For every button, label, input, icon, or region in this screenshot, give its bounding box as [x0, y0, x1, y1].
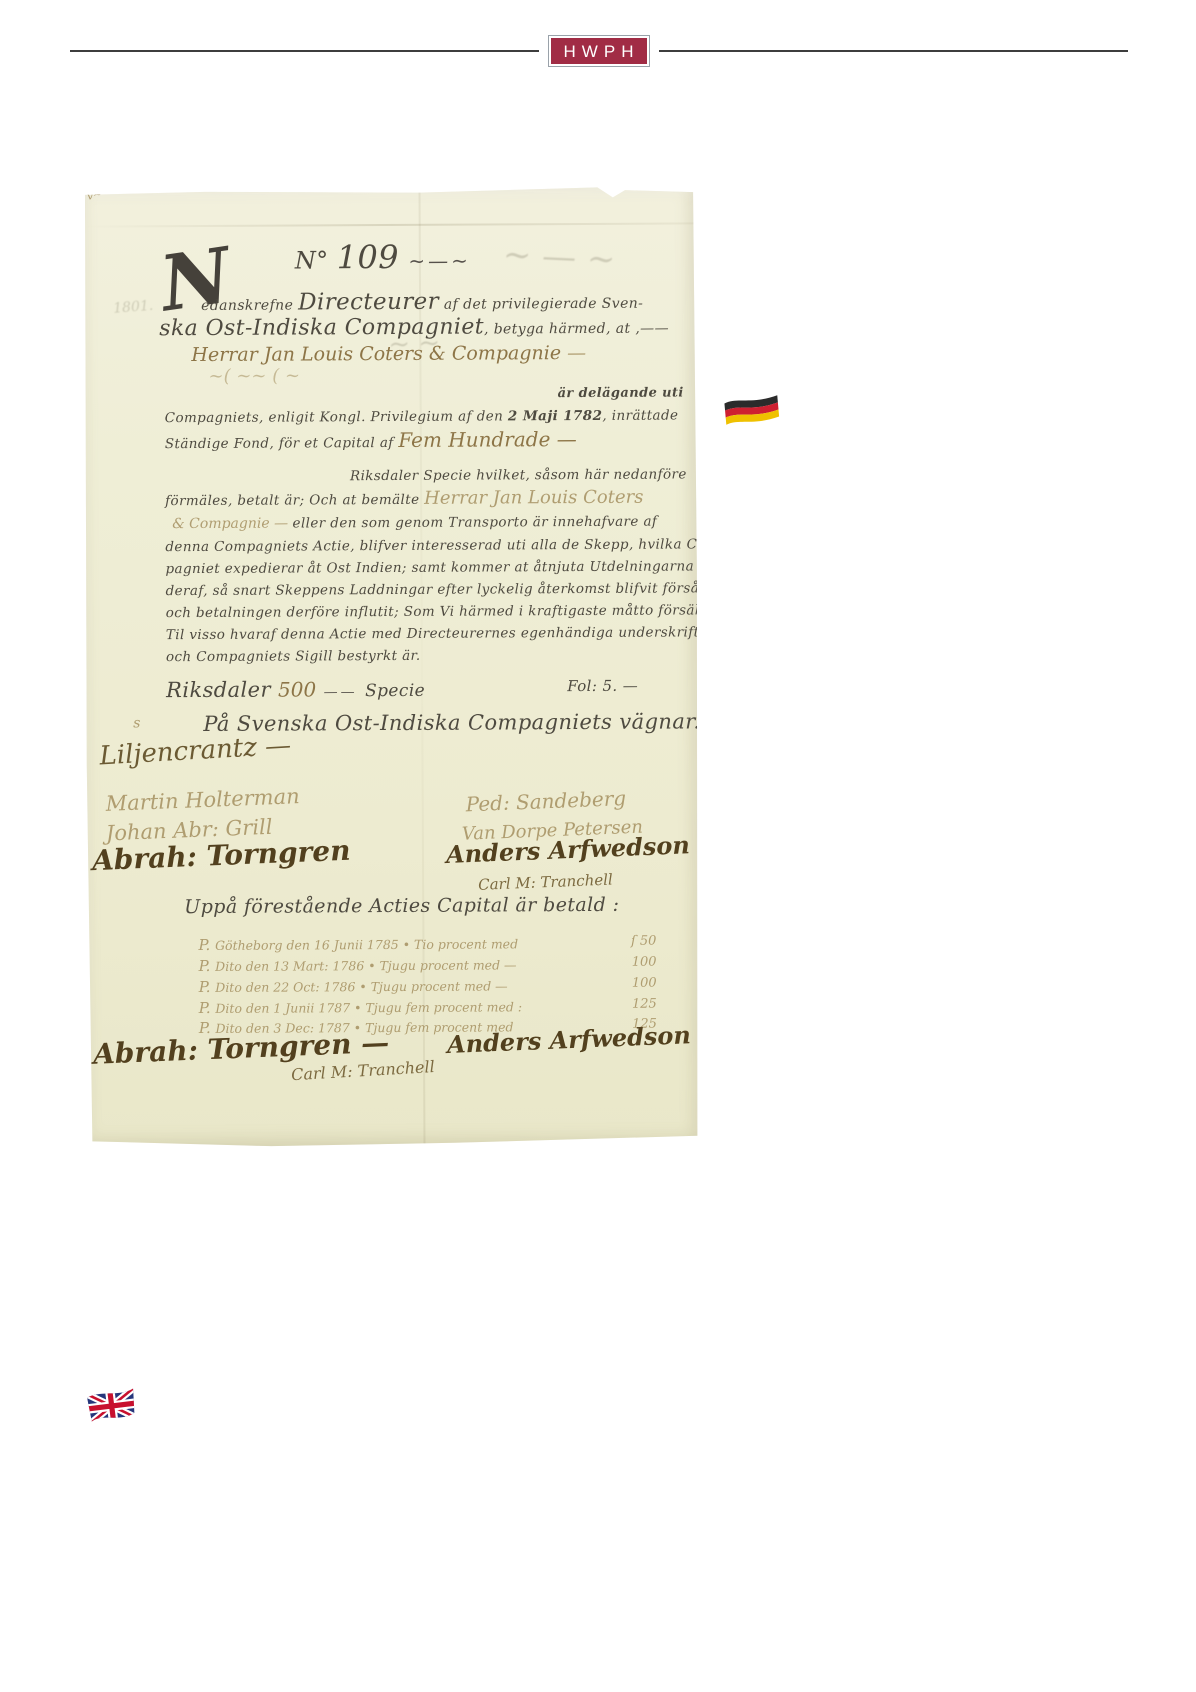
text-segment: Martin Holterman — [105, 784, 300, 816]
text-segment: 109 — [337, 238, 399, 276]
text-segment: P. — [199, 978, 216, 996]
text-segment: 1801. — [113, 298, 154, 317]
text-segment: ~( ~~ ( ~ — [208, 365, 300, 386]
text-segment: , inrättade — [602, 407, 678, 423]
text-segment: Fem Hundrade — — [398, 427, 577, 452]
uk-flag-icon — [84, 1384, 141, 1433]
page-header: HWPH — [70, 36, 1128, 66]
text-segment: ſ 50 — [631, 935, 657, 949]
sig-arfwedson-upper: Anders Arfwedson — [446, 832, 691, 868]
text-segment: 125 — [632, 998, 657, 1012]
sig-holterman: Martin Holterman — [105, 785, 300, 815]
line-compagnie-transporto: & Compagnie — eller den som genom Transp… — [172, 512, 657, 533]
text-segment: Liljencrantz — — [99, 731, 292, 772]
text-segment: P. — [198, 936, 215, 954]
payment-row-1: P. Götheborg den 16 Junii 1785 • Tio pro… — [198, 934, 656, 954]
text-segment: Ped: Sandeberg — [465, 786, 626, 816]
sig-tranchell-upper: Carl M: Tranchell — [478, 871, 613, 894]
hwph-logo: HWPH — [549, 36, 650, 66]
line-til-visso: Til visso hvaraf denna Actie med Directe… — [166, 622, 700, 642]
text-segment: Specie — [365, 681, 425, 701]
sig-liljencrantz: Liljencrantz — — [99, 732, 292, 771]
certificate-paper: v~~ — ~1801.~ ~NN° 109 ~—~edanskrefne Di… — [82, 186, 700, 1147]
line-formales: förmäles, betalt är; Och at bemälte Herr… — [165, 488, 643, 510]
line-ska-ost-indiska: ska Ost-Indiska Compagniet, betyga härme… — [159, 315, 669, 341]
text-segment: Dito den 22 Oct: 1786 • Tjugu procent me… — [215, 978, 507, 995]
sig-sandeberg: Ped: Sandeberg — [465, 788, 626, 816]
text-segment: är delägande uti — [558, 385, 684, 401]
text-segment: Dito den 1 Junii 1787 • Tjugu fem procen… — [215, 999, 522, 1016]
text-segment: ~ — ~ — [502, 234, 616, 279]
bleed-through-year: 1801. — [112, 296, 153, 317]
payment-row-2: P. Dito den 13 Mart: 1786 • Tjugu procen… — [199, 955, 657, 975]
line-denna-actie: denna Compagniets Actie, blifver interes… — [165, 534, 724, 555]
text-segment: pagniet expedierar åt Ost Indien; samt k… — [165, 558, 694, 577]
text-segment: denna Compagniets Actie, blifver interes… — [165, 536, 724, 555]
text-segment: & Compagnie — — [172, 516, 292, 533]
line-och-betalningen: och betalningen derföre influtit; Som Vi… — [166, 600, 724, 620]
text-segment: Herrar Jan Louis Coters & Compagnie — [191, 342, 561, 366]
payment-row-4: P. Dito den 1 Junii 1787 • Tjugu fem pro… — [199, 997, 657, 1017]
line-riksdaler-specie: Riksdaler Specie hvilket, såsom här neda… — [350, 464, 687, 483]
line-pagniet-expedierar: pagniet expedierar åt Ost Indien; samt k… — [165, 556, 694, 576]
line-uppa-forestaende: Uppå förestående Acties Capital är betal… — [184, 895, 619, 918]
text-segment: N° — [295, 246, 337, 274]
line-sigill: och Compagniets Sigill bestyrkt är. — [166, 646, 421, 665]
text-segment: P. — [199, 957, 216, 975]
text-segment: 500 — [278, 677, 316, 701]
paper-horizontal-fold — [83, 222, 696, 227]
bleed-through-flourish: ~ — ~ — [502, 236, 616, 278]
text-segment: och Compagniets Sigill bestyrkt är. — [166, 648, 421, 665]
text-segment: 100 — [632, 956, 657, 970]
line-deraf: deraf, så snart Skeppens Laddningar efte… — [166, 578, 722, 598]
text-segment: Uppå förestående Acties Capital är betal… — [184, 894, 619, 918]
text-segment: af det privilegierade Sven- — [439, 296, 643, 313]
text-segment: förmäles, betalt är; Och at bemälte — [165, 492, 424, 509]
text-segment: Compagniets, enligit Kongl. Privilegium … — [165, 408, 508, 426]
text-segment: Til visso hvaraf denna Actie med Directe… — [166, 624, 700, 643]
line-shareholder-name: Herrar Jan Louis Coters & Compagnie — — [191, 343, 586, 366]
text-segment: Riksdaler Specie hvilket, såsom här neda… — [350, 466, 687, 484]
line-privilegium: Compagniets, enligit Kongl. Privilegium … — [165, 405, 679, 425]
text-segment: 2 Maji 1782 — [508, 408, 603, 424]
text-segment: s — [133, 715, 140, 731]
pen-check-mark: v~ — [85, 183, 103, 203]
text-segment: edanskrefne — [201, 297, 298, 314]
text-segment: Götheborg den 16 Junii 1785 • Tio procen… — [215, 936, 518, 953]
line-nedanskrefne: edanskrefne Directeurer af det privilegi… — [201, 289, 643, 316]
text-segment: Directeurer — [298, 289, 439, 316]
text-segment: ska Ost-Indiska Compagniet — [159, 315, 484, 342]
text-segment: 100 — [632, 977, 657, 991]
text-segment: och betalningen derföre influtit; Som Vi… — [166, 602, 724, 621]
sig-torngren-upper: Abrah: Torngren — [91, 836, 351, 877]
header-rule-left — [70, 50, 539, 52]
text-segment: v~ — [86, 187, 104, 203]
header-rule-right — [659, 50, 1128, 52]
text-segment: Carl M: Tranchell — [478, 871, 613, 894]
text-segment: deraf, så snart Skeppens Laddningar efte… — [166, 580, 722, 599]
text-segment: Dito den 13 Mart: 1786 • Tjugu procent m… — [215, 957, 516, 974]
payment-row-3: P. Dito den 22 Oct: 1786 • Tjugu procent… — [199, 976, 657, 996]
line-ar-delagande: är delägande uti — [558, 382, 684, 401]
flourish-comma: s — [133, 713, 140, 731]
text-segment: Riksdaler — [166, 678, 278, 703]
text-segment: Ständige Fond, för et Capital af — [165, 435, 399, 452]
text-segment: eller den som genom Transporto är inneha… — [292, 514, 657, 532]
text-segment: — — [561, 342, 586, 364]
doc-number: N° 109 ~—~ — [295, 240, 471, 275]
flourish-under-name: ~( ~~ ( ~ — [208, 366, 300, 386]
text-segment: P. — [199, 999, 216, 1017]
text-segment: Herrar Jan Louis Coters — [424, 487, 643, 509]
text-segment: Fol: 5. — — [567, 678, 638, 695]
catalog-page: HWPH v~~ — ~1801.~ ~NN° 109 ~—~edanskref… — [0, 0, 1196, 1692]
text-segment: , betyga härmed, at ,—— — [484, 321, 669, 338]
sig-arfwedson-lower: Anders Arfwedson — [447, 1022, 692, 1058]
text-segment: ~—~ — [399, 249, 471, 273]
text-segment: —— — [316, 684, 365, 700]
hwph-logo-text: HWPH — [564, 42, 640, 61]
line-riksdaler-500: Riksdaler 500 —— SpecieFol: 5. — — [166, 677, 638, 702]
german-flag-icon — [723, 392, 780, 434]
line-standige-fond: Ständige Fond, för et Capital af Fem Hun… — [165, 429, 577, 453]
